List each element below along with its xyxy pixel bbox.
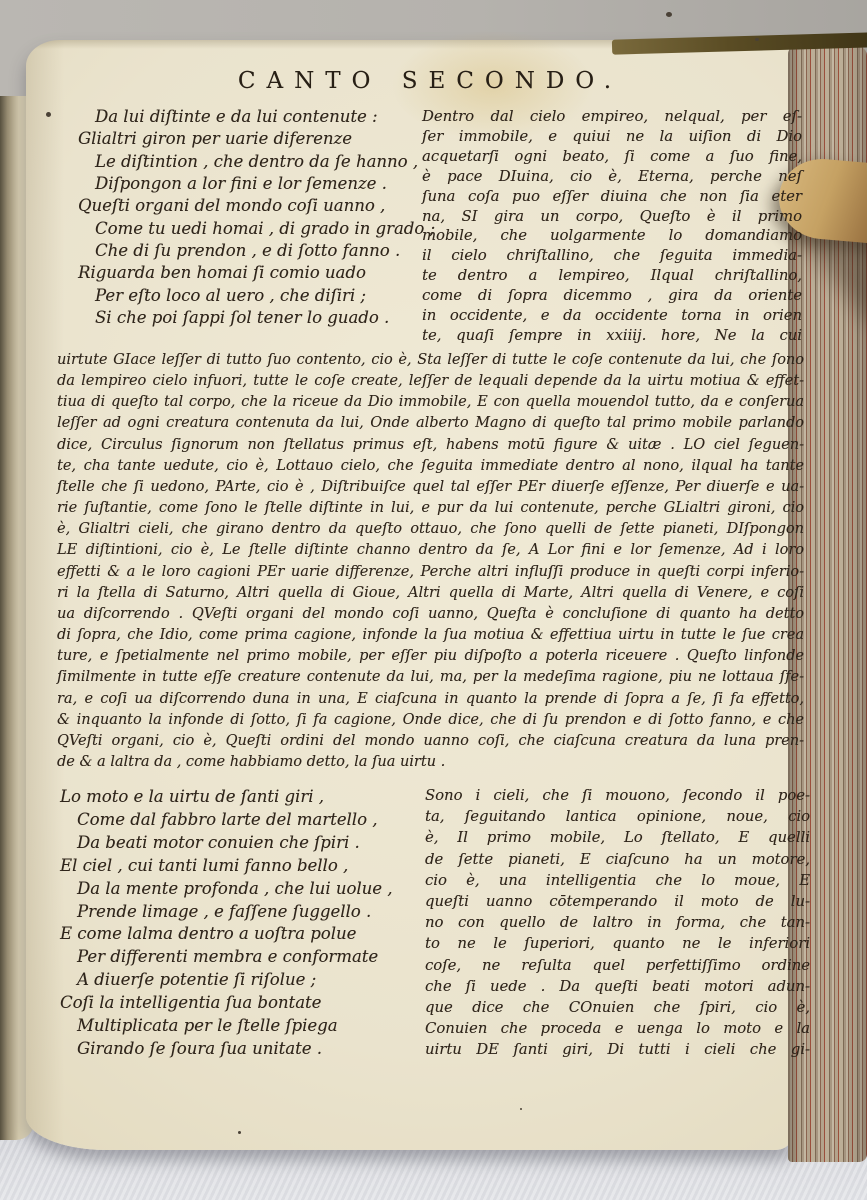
verse-line: Si che poi ſappi ſol tener lo guado . <box>78 307 430 329</box>
commentary-line: queſti uanno cōtemperando il moto de lu- <box>425 891 810 912</box>
commentary-line: è pace DIuina, cio è, Eterna, perche neſ <box>422 167 802 187</box>
commentary-line: coſe, ne reſulta quel perfettiſſimo ordi… <box>425 955 810 976</box>
verse-line: Glialtri giron per uarie diferenze <box>78 128 430 150</box>
verse-line: Che di ſu prendon , e di ſotto fanno . <box>78 240 430 262</box>
commentary-line: QVeſti organi, cio è, Queſti ordini del … <box>57 731 804 752</box>
commentary-line: che ſi uede . Da queſti beati motori adu… <box>425 976 810 997</box>
dust-speck <box>666 12 672 17</box>
verse-line: E come lalma dentro a uoſtra polue <box>60 923 420 946</box>
dust-speck <box>238 1131 241 1134</box>
verse-line: El ciel , cui tanti lumi fanno bello , <box>60 855 420 878</box>
verse-line: Queſti organi del mondo coſi uanno , <box>78 195 430 217</box>
commentary-top-block: Dentro dal cielo empireo, nelqual, per e… <box>422 107 802 346</box>
verse-bottom-block: Lo moto e la uirtu de ſanti giri , Come … <box>60 786 420 1061</box>
commentary-line: cio è, una intelligentia che lo moue, E <box>425 870 810 891</box>
verse-line: Prende limage , e faſſene ſuggello . <box>60 901 420 924</box>
verse-line: Per eſto loco al uero , che diſiri ; <box>78 285 430 307</box>
canto-heading: CANTO SECONDO. <box>105 68 755 94</box>
commentary-fullwidth-block: uirtute GIace leſſer di tutto ſuo conten… <box>57 350 804 773</box>
commentary-line: no con quello de laltro in forma, che ta… <box>425 912 810 933</box>
dust-speck <box>755 38 759 41</box>
commentary-line: na, SI gira un corpo, Queſto è il primo <box>422 207 802 227</box>
commentary-line: da lempireo cielo infuori, tutte le coſe… <box>57 371 804 392</box>
commentary-line: ta, ſeguitando lantica opinione, noue, c… <box>425 806 810 827</box>
commentary-line: ri la ſtella di Saturno, Altri quella di… <box>57 583 804 604</box>
commentary-line: è, Il primo mobile, Lo ſtellato, E quell… <box>425 827 810 848</box>
commentary-line: ture, e ſpetialmente nel primo mobile, p… <box>57 646 804 667</box>
commentary-line: de ſette pianeti, E ciaſcuno ha un motor… <box>425 849 810 870</box>
book-photo: CANTO SECONDO. Da lui diſtinte e da lui … <box>0 0 867 1200</box>
commentary-line: Dentro dal cielo empireo, nelqual, per e… <box>422 107 802 127</box>
commentary-line: è, Glialtri cieli, che girano dentro da … <box>57 519 804 540</box>
commentary-line: Conuien che proceda e uenga lo moto e la <box>425 1018 810 1039</box>
commentary-line: tiua di queſto tal corpo, che la riceue … <box>57 392 804 413</box>
verse-line: Diſpongon a lor fini e lor ſemenze . <box>78 173 430 195</box>
commentary-line: uirtu DE ſanti giri, Di tutti i cieli ch… <box>425 1039 810 1060</box>
commentary-line: que dice che COnuien che ſpiri, cio è, <box>425 997 810 1018</box>
commentary-line: & inquanto la infonde di ſotto, ſi fa ca… <box>57 710 804 731</box>
commentary-line: te, cha tante uedute, cio è, Lottauo cie… <box>57 456 804 477</box>
verse-line: Da lui diſtinte e da lui contenute : <box>78 106 430 128</box>
commentary-line: de & a laltra da , come habbiamo detto, … <box>57 752 804 773</box>
commentary-line: Sono i cieli, che ſi mouono, ſecondo il … <box>425 785 810 806</box>
verse-top-block: Da lui diſtinte e da lui contenute : Gli… <box>78 106 430 329</box>
commentary-line: rie ſuſtantie, come ſono le ſtelle diſti… <box>57 498 804 519</box>
commentary-line: acquetarſi ogni beato, ſi come a ſuo fin… <box>422 147 802 167</box>
dust-speck <box>520 1108 522 1110</box>
dust-speck <box>46 112 51 117</box>
commentary-line: dice, Circulus ſignorum non ſtellatus pr… <box>57 435 804 456</box>
commentary-line: LE diſtintioni, cio è, Le ſtelle diſtint… <box>57 540 804 561</box>
commentary-line: mobile, che uolgarmente lo domandiamo <box>422 226 802 246</box>
commentary-line: ua diſcorrendo . QVeſti organi del mondo… <box>57 604 804 625</box>
verse-line: Per differenti membra e conformate <box>60 946 420 969</box>
commentary-line: di ſopra, che Idio, come prima cagione, … <box>57 625 804 646</box>
commentary-line: to ne le ſuperiori, quanto ne le inferio… <box>425 933 810 954</box>
commentary-line: come di ſopra dicemmo , gira da oriente <box>422 286 802 306</box>
commentary-line: ſimilmente in tutte eſſe creature conten… <box>57 667 804 688</box>
verse-line: A diuerſe potentie ſi riſolue ; <box>60 969 420 992</box>
verse-line: Da beati motor conuien che ſpiri . <box>60 832 420 855</box>
commentary-line: ſtelle che ſi uedono, PArte, cio è , Diſ… <box>57 477 804 498</box>
commentary-line: uirtute GIace leſſer di tutto ſuo conten… <box>57 350 804 371</box>
commentary-line: ſer immobile, e quiui ne la uiſion di Di… <box>422 127 802 147</box>
commentary-line: effetti & a le loro cagioni PEr uarie di… <box>57 562 804 583</box>
verse-line: Riguarda ben homai ſi comio uado <box>78 262 430 284</box>
commentary-line: ſuna coſa puo eſſer diuina che non ſia e… <box>422 187 802 207</box>
commentary-line: in occidente, e da occidente torna in or… <box>422 306 802 326</box>
verse-line: Come dal fabbro larte del martello , <box>60 809 420 832</box>
verse-line: Girando ſe ſoura ſua unitate . <box>60 1038 420 1061</box>
verse-line: Lo moto e la uirtu de ſanti giri , <box>60 786 420 809</box>
commentary-line: leſſer ad ogni creatura contenuta da lui… <box>57 413 804 434</box>
commentary-bottom-block: Sono i cieli, che ſi mouono, ſecondo il … <box>425 785 810 1061</box>
verse-line: Come tu uedi homai , di grado in grado ; <box>78 218 430 240</box>
commentary-line: il cielo chriſtallino, che ſeguita immed… <box>422 246 802 266</box>
commentary-line: ra, e coſi ua diſcorrendo duna in una, E… <box>57 689 804 710</box>
verse-line: Le diſtintion , che dentro da ſe hanno , <box>78 151 430 173</box>
verse-line: Da la mente profonda , che lui uolue , <box>60 878 420 901</box>
commentary-line: te, quaſi ſempre in xxiiij. hore, Ne la … <box>422 326 802 346</box>
verse-line: Multiplicata per le ſtelle ſpiega <box>60 1015 420 1038</box>
commentary-line: te dentro a lempireo, Ilqual chriſtallin… <box>422 266 802 286</box>
verse-line: Coſi la intelligentia ſua bontate <box>60 992 420 1015</box>
